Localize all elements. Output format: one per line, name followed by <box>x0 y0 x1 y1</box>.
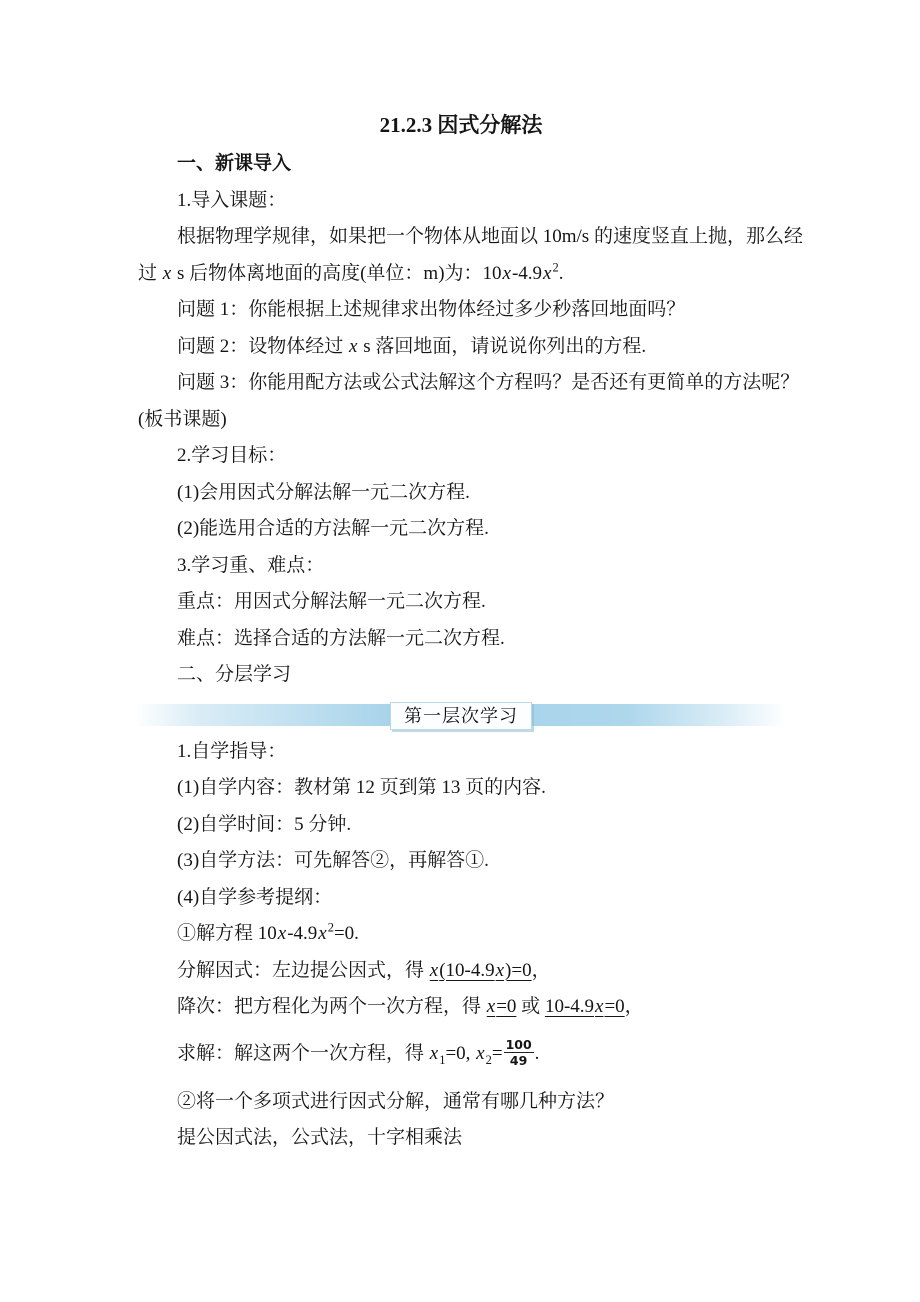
line-reduce-degree: 降次：把方程化为两个一次方程，得 x=0 或 10-4.9x=0， <box>138 989 784 1026</box>
text-segment: x <box>542 263 552 284</box>
text-segment: (2)能选用合适的方法解一元二次方程. <box>177 518 489 539</box>
text-segment: = <box>492 1043 503 1064</box>
line-key-points: 3.学习重、难点： <box>138 548 784 585</box>
line-physics-1: 根据物理学规律，如果把一个物体从地面以 10m/s 的速度竖直上抛，那么经 <box>138 219 784 256</box>
line-self-study-guide: 1.自学指导： <box>138 734 784 771</box>
line-goal-1: (1)会用因式分解法解一元二次方程. <box>138 475 784 512</box>
text-segment: 或 <box>516 996 545 1017</box>
line-physics-2: 过 x s 后物体离地面的高度(单位：m)为：10x-4.9x2. <box>138 256 784 293</box>
text-segment: (10-4.9 <box>439 960 494 981</box>
text-segment: ， <box>532 960 551 981</box>
text-segment: 一、新课导入 <box>177 153 291 174</box>
text-segment: x <box>594 996 604 1017</box>
text-segment: 1.导入课题： <box>177 190 286 211</box>
text-segment: 过 <box>138 263 162 284</box>
text-segment: 重点：用因式分解法解一元二次方程. <box>177 591 486 612</box>
text-segment: x <box>502 263 512 284</box>
line-intro-topic: 1.导入课题： <box>138 183 784 220</box>
text-segment: ， <box>625 996 644 1017</box>
document-page: 21.2.3 因式分解法一、新课导入1.导入课题：根据物理学规律，如果把一个物体… <box>0 0 920 1302</box>
text-segment: 二、分层学习 <box>177 664 291 685</box>
line-factorize: 分解因式：左边提公因式，得 x(10-4.9x)=0， <box>138 953 784 990</box>
text-segment: 求解：解这两个一次方程，得 <box>177 1043 429 1064</box>
document-title: 21.2.3 因式分解法 <box>138 104 784 146</box>
text-segment: 2.学习目标： <box>177 445 286 466</box>
text-segment: 降次：把方程化为两个一次方程，得 <box>177 996 486 1017</box>
text-segment: x <box>475 1043 485 1064</box>
text-segment: (3)自学方法：可先解答②，再解答①. <box>177 850 489 871</box>
document-content: 21.2.3 因式分解法一、新课导入1.导入课题：根据物理学规律，如果把一个物体… <box>138 104 784 1157</box>
line-learning-goals: 2.学习目标： <box>138 438 784 475</box>
text-segment: . <box>559 263 564 284</box>
text-segment: =0, <box>445 1043 475 1064</box>
line-question-1: 问题 1：你能根据上述规律求出物体经过多少秒落回地面吗？ <box>138 292 784 329</box>
text-segment: s 后物体离地面的高度(单位：m)为：10 <box>172 263 501 284</box>
text-segment: 3.学习重、难点： <box>177 555 324 576</box>
text-segment: (4)自学参考提纲： <box>177 887 332 908</box>
level-one-banner: 第一层次学习 <box>138 700 784 732</box>
text-segment: (2)自学时间：5 分钟. <box>177 814 351 835</box>
text-segment: 问题 3：你能用配方法或公式法解这个方程吗？是否还有更简单的方法呢？ <box>177 372 799 393</box>
text-segment: 提公因式法，公式法，十字相乘法 <box>177 1127 462 1148</box>
heading-new-lesson: 一、新课导入 <box>138 146 784 183</box>
text-segment: -4.9 <box>512 263 542 284</box>
text-segment: s 落回地面，请说说你列出的方程. <box>358 336 646 357</box>
text-segment: =0. <box>334 923 359 944</box>
text-segment: x <box>317 923 327 944</box>
line-self-study-outline: (4)自学参考提纲： <box>138 880 784 917</box>
line-factor-methods-answer: 提公因式法，公式法，十字相乘法 <box>138 1120 784 1157</box>
line-difficult-point: 难点：选择合适的方法解一元二次方程. <box>138 621 784 658</box>
text-segment: )=0 <box>505 960 532 981</box>
text-segment: 21.2.3 因式分解法 <box>380 113 543 137</box>
line-self-study-method: (3)自学方法：可先解答②，再解答①. <box>138 843 784 880</box>
text-segment: (板书课题) <box>138 409 227 430</box>
text-segment: x <box>162 263 172 284</box>
fraction-numerator: 100 <box>504 1037 534 1053</box>
text-segment: x <box>348 336 358 357</box>
text-segment: x <box>429 1043 439 1064</box>
text-segment: x <box>429 960 439 981</box>
line-self-study-content: (1)自学内容：教材第 12 页到第 13 页的内容. <box>138 770 784 807</box>
text-segment: =0 <box>496 996 516 1017</box>
text-segment: 根据物理学规律，如果把一个物体从地面以 10m/s 的速度竖直上抛，那么经 <box>177 226 803 247</box>
banner-label: 第一层次学习 <box>390 702 532 730</box>
text-segment: 难点：选择合适的方法解一元二次方程. <box>177 628 505 649</box>
text-segment: x <box>486 996 496 1017</box>
text-segment: (1)会用因式分解法解一元二次方程. <box>177 482 470 503</box>
text-segment: ②将一个多项式进行因式分解，通常有哪几种方法？ <box>177 1091 614 1112</box>
line-question-3: 问题 3：你能用配方法或公式法解这个方程吗？是否还有更简单的方法呢？ <box>138 365 784 402</box>
text-segment: 问题 1：你能根据上述规律求出物体经过多少秒落回地面吗？ <box>177 299 685 320</box>
text-segment: 问题 2：设物体经过 <box>177 336 348 357</box>
fraction: 10049 <box>504 1037 534 1068</box>
text-segment: 10-4.9 <box>545 996 594 1017</box>
text-segment: x <box>495 960 505 981</box>
text-segment: (1)自学内容：教材第 12 页到第 13 页的内容. <box>177 777 546 798</box>
text-segment: -4.9 <box>287 923 317 944</box>
text-segment: ①解方程 10 <box>177 923 277 944</box>
line-solve: 求解：解这两个一次方程，得 x1=0, x2=10049. <box>138 1032 784 1076</box>
text-segment: . <box>535 1043 540 1064</box>
line-question-2: 问题 2：设物体经过 x s 落回地面，请说说你列出的方程. <box>138 329 784 366</box>
text-segment: 分解因式：左边提公因式，得 <box>177 960 429 981</box>
line-goal-2: (2)能选用合适的方法解一元二次方程. <box>138 511 784 548</box>
text-segment: =0 <box>604 996 624 1017</box>
fraction-denominator: 49 <box>504 1053 534 1068</box>
line-board-topic: (板书课题) <box>138 402 784 439</box>
line-self-study-time: (2)自学时间：5 分钟. <box>138 807 784 844</box>
line-solve-equation: ①解方程 10x-4.9x2=0. <box>138 916 784 953</box>
text-segment: 1.自学指导： <box>177 741 286 762</box>
text-segment: x <box>277 923 287 944</box>
heading-layered-learning: 二、分层学习 <box>138 657 784 694</box>
line-factor-methods-question: ②将一个多项式进行因式分解，通常有哪几种方法？ <box>138 1084 784 1121</box>
line-key-point: 重点：用因式分解法解一元二次方程. <box>138 584 784 621</box>
